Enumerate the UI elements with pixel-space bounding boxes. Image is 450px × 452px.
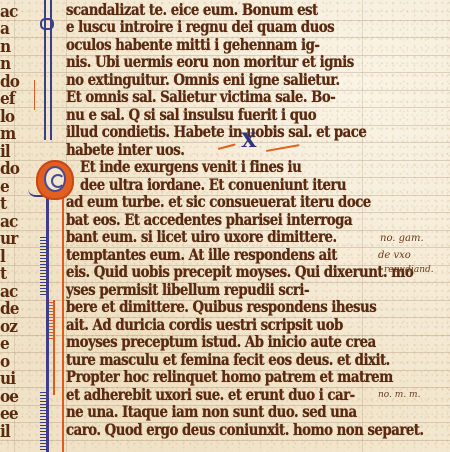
ruling-line — [0, 440, 450, 441]
initial-spiral — [51, 174, 65, 188]
text-line: Propter hoc relinquet homo patrem et mat… — [66, 367, 393, 386]
marginal-note: de vxo — [378, 250, 411, 261]
manuscript-page: ac a n n do ef lo m il do e t ac ur l t … — [0, 0, 450, 452]
text-line: bant eum. si licet uiro uxore dimittere. — [66, 227, 337, 246]
left-fragment: do — [0, 159, 19, 179]
red-flourish — [218, 143, 236, 150]
left-fragment: il — [0, 422, 10, 442]
text-line: Et omnis sal. Salietur victima sale. Bo- — [66, 87, 335, 106]
text-line: bere et dimittere. Quibus respondens ihe… — [66, 297, 376, 316]
left-column-fragments: ac a n n do ef lo m il do e t ac ur l t … — [0, 0, 30, 452]
left-fragment: ui — [0, 369, 15, 389]
text-line: nis. Ubi uermis eoru non moritur et igni… — [66, 52, 354, 71]
left-fragment: n — [0, 54, 10, 74]
marginal-note: no. gam. — [380, 233, 424, 244]
border-tendril-red — [34, 80, 35, 110]
border-fringe-blue — [40, 390, 46, 452]
left-fragment: a — [0, 19, 9, 39]
left-fragment: t — [0, 264, 6, 284]
left-fragment: t — [0, 194, 6, 214]
text-line: Et inde exurgens venit i fines iu — [80, 157, 301, 176]
red-flourish — [266, 144, 300, 152]
text-line: eis. Quid uobis precepit moyses. Qui dix… — [66, 262, 413, 281]
text-line: illud condietis. Habete in uobis sal. et… — [66, 122, 366, 141]
left-fragment: ee — [0, 404, 18, 424]
text-line: caro. Quod ergo deus coniunxit. homo non… — [66, 420, 424, 439]
text-line: e luscu introire i regnu dei quam duos — [66, 17, 334, 36]
border-knot — [40, 18, 54, 30]
border-fringe-blue — [40, 235, 46, 295]
left-fragment: m — [0, 124, 15, 144]
marginal-note: no. m. m. — [378, 390, 420, 400]
border-line-red — [62, 190, 64, 452]
border-fringe-red — [49, 300, 55, 340]
text-line: ad eum turbe. et sic consueuerat iteru d… — [66, 192, 371, 211]
initial-counter — [44, 166, 66, 192]
paragraph-mark: X — [241, 128, 257, 152]
left-fragment: ur — [0, 229, 17, 249]
left-fragment: de — [0, 299, 19, 319]
marginal-note: repudiand. — [384, 265, 434, 275]
left-fragment: e — [0, 334, 9, 354]
text-line: ne una. Itaque iam non sunt duo. sed una — [66, 402, 357, 421]
left-fragment: ef — [0, 89, 15, 109]
text-line: moyses preceptum istud. Ab inicio aute c… — [66, 332, 376, 351]
